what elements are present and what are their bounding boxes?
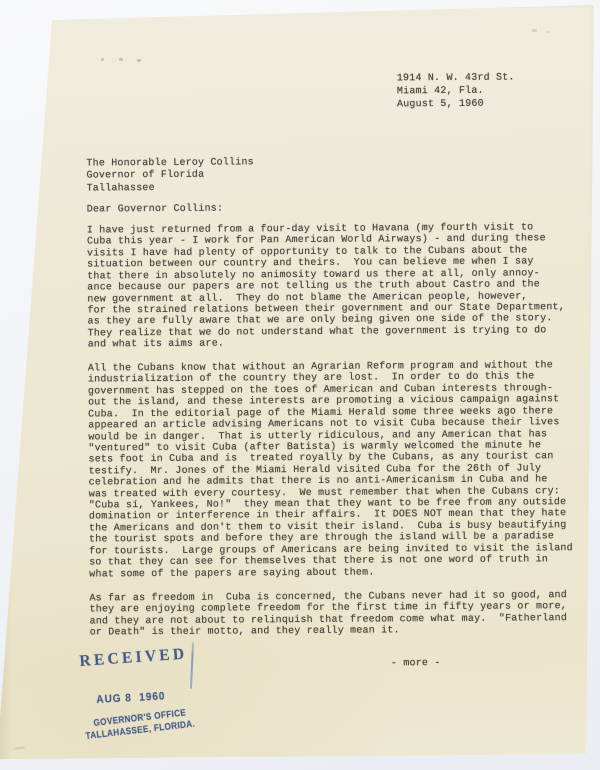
letter-paragraph-2: All the Cubans know that without an Agra…	[88, 360, 573, 580]
letter-paper: 1914 N. W. 43rd St. Miami 42, Fla. Augus…	[0, 0, 600, 770]
scan-artifact	[119, 58, 123, 61]
recipient-address-block: The Honorable Leroy Collins Governor of …	[86, 157, 254, 195]
scan-artifact	[532, 29, 537, 32]
continuation-marker: - more -	[391, 658, 441, 670]
scanned-letter-page: 1914 N. W. 43rd St. Miami 42, Fla. Augus…	[0, 0, 600, 770]
scan-artifact	[101, 58, 104, 61]
letter-paragraph-3: As far as freedom in Cuba is concerned, …	[89, 590, 567, 639]
letter-paragraph-1: I have just returned from a four-day vis…	[87, 222, 565, 351]
scan-artifact	[546, 31, 549, 33]
salutation: Dear Governor Collins:	[87, 204, 223, 216]
sender-address-date-block: 1914 N. W. 43rd St. Miami 42, Fla. Augus…	[397, 71, 515, 111]
scan-artifact	[137, 59, 141, 62]
